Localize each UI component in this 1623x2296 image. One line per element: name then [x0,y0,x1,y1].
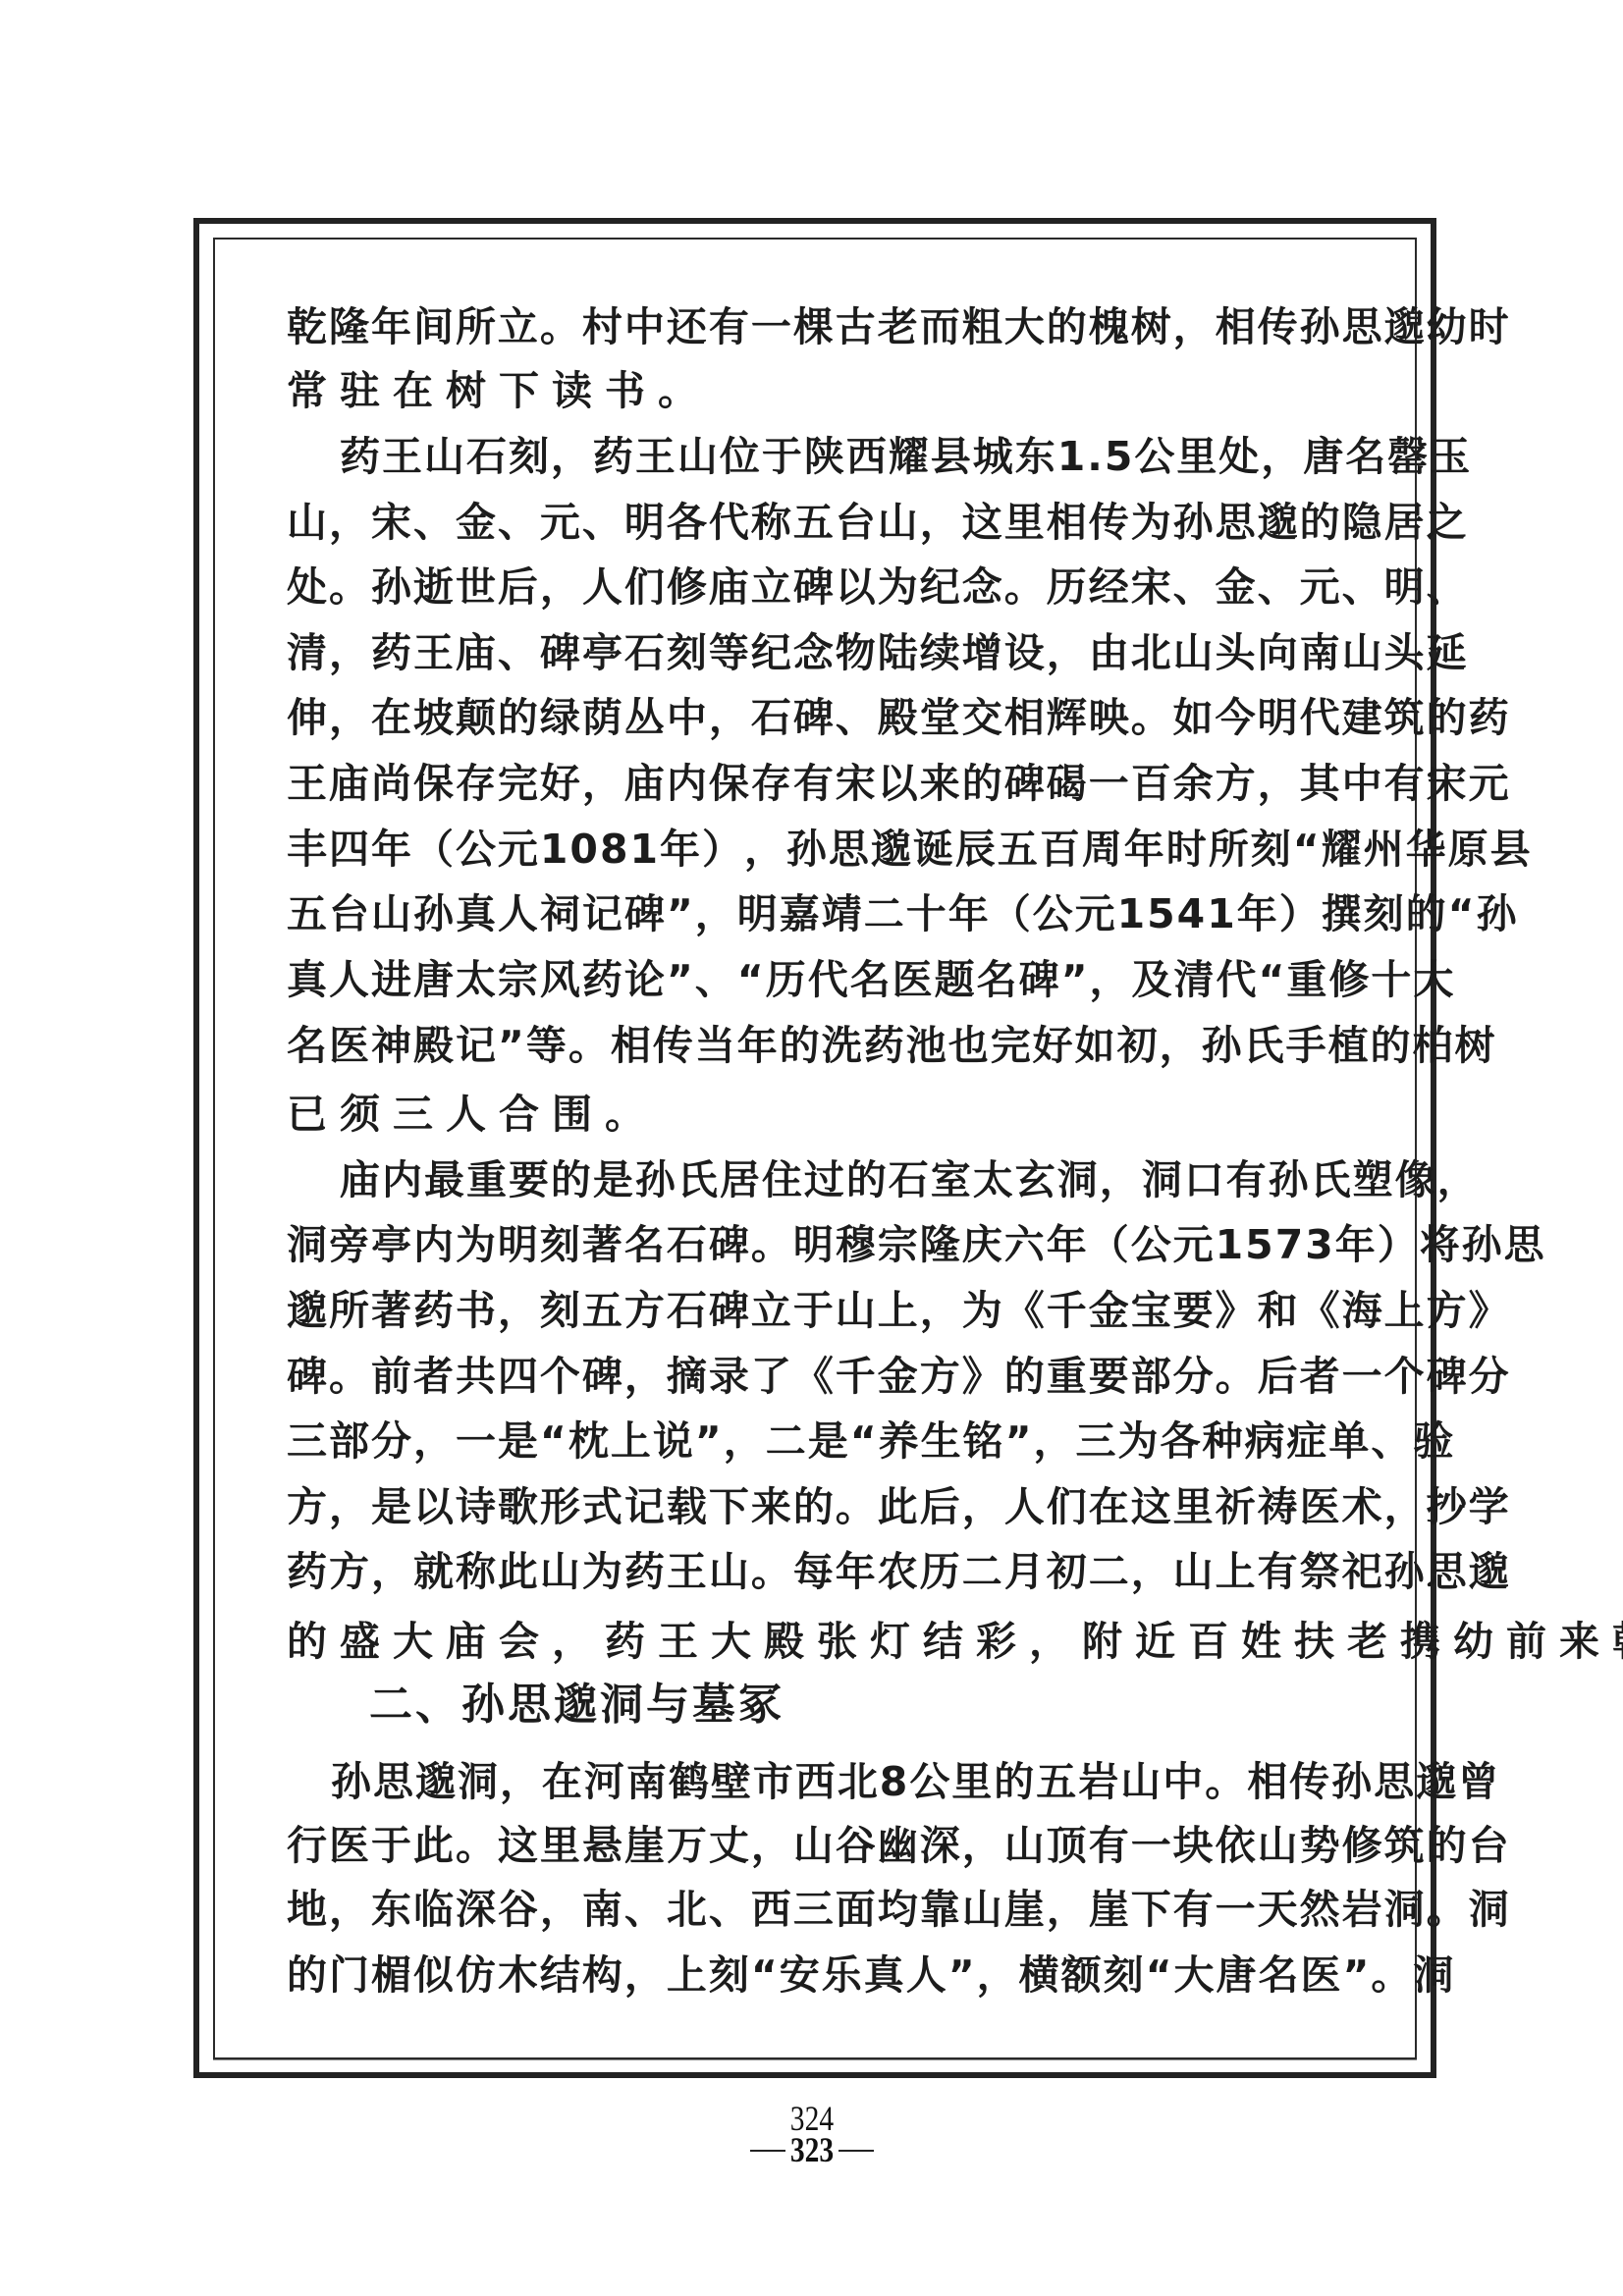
text-line: 已须三人合围。 [287,1090,1343,1139]
footer-dash-left [750,2150,785,2152]
text-line: 山 ， 宋 、 金 、 元 、 明 各 代 称 五 台 山 ， 这 里 相 传 … [287,498,1343,547]
text-line: 丰 四 年 （ 公 元 1 0 8 1 年 ） ， 孙 思 邈 诞 辰 五 百 … [287,825,1343,874]
section-heading: 二、孙思邈洞与墓冢 [369,1679,784,1732]
text-line: 王 庙 尚 保 存 完 好 ， 庙 内 保 存 有 宋 以 来 的 碑 碣 一 … [287,759,1343,808]
text-line: 五 台 山 孙 真 人 祠 记 碑 ” ， 明 嘉 靖 二 十 年 （ 公 元 … [287,889,1343,938]
text-line: 药 方 ， 就 称 此 山 为 药 王 山 。 每 年 农 历 二 月 初 二 … [287,1547,1343,1596]
page-number: 323 [789,2132,833,2167]
footer-dash-right [839,2150,874,2152]
text-line: 的盛大庙会，药王大殿张灯结彩，附近百姓扶老携幼前来朝拜。 [287,1617,1343,1666]
text-line: 碑 。 前 者 共 四 个 碑 ， 摘 录 了 《 千 金 方 》 的 重 要 … [287,1352,1343,1401]
text-line: 三 部 分 ， 一 是 “ 枕 上 说 ” ， 二 是 “ 养 生 铭 ” ， … [287,1416,1343,1466]
text-line: 名 医 神 殿 记 ” 等 。 相 传 当 年 的 洗 药 池 也 完 好 如 … [287,1021,1343,1070]
page-number-footer: 323 [0,2132,1623,2167]
text-line: 行 医 于 此 。 这 里 悬 崖 万 丈 ， 山 谷 幽 深 ， 山 顶 有 … [287,1821,1343,1870]
text-line: 地 ， 东 临 深 谷 ， 南 、 北 、 西 三 面 均 靠 山 崖 ， 崖 … [287,1885,1343,1934]
text-line: 清 ， 药 王 庙 、 碑 亭 石 刻 等 纪 念 物 陆 续 增 设 ， 由 … [287,628,1343,677]
text-line: 真 人 进 唐 太 宗 风 药 论 ” 、 “ 历 代 名 医 题 名 碑 ” … [287,955,1343,1004]
text-line: 的 门 楣 似 仿 木 结 构 ， 上 刻 “ 安 乐 真 人 ” ， 横 额 … [287,1950,1343,2000]
text-line: 洞 旁 亭 内 为 明 刻 著 名 石 碑 。 明 穆 宗 隆 庆 六 年 （ … [287,1220,1343,1269]
text-line: 乾 隆 年 间 所 立 。 村 中 还 有 一 棵 古 老 而 粗 大 的 槐 … [287,302,1343,351]
paragraph-start-line: 庙 内 最 重 要 的 是 孙 氏 居 住 过 的 石 室 太 玄 洞 ， 洞 … [340,1155,1343,1204]
text-line: 常驻在树下读书。 [287,366,1343,415]
text-line: 邈 所 著 药 书 ， 刻 五 方 石 碑 立 于 山 上 ， 为 《 千 金 … [287,1286,1343,1335]
paragraph-start-line: 孙 思 邈 洞 ， 在 河 南 鹤 壁 市 西 北 8 公 里 的 五 岩 山 … [331,1757,1343,1806]
text-line: 方 ， 是 以 诗 歌 形 式 记 载 下 来 的 。 此 后 ， 人 们 在 … [287,1482,1343,1531]
text-line: 伸 ， 在 坡 颠 的 绿 荫 丛 中 ， 石 碑 、 殿 堂 交 相 辉 映 … [287,693,1343,742]
paragraph-start-line: 药 王 山 石 刻 ， 药 王 山 位 于 陕 西 耀 县 城 东 1 . 5 … [340,432,1343,481]
text-line: 处 。 孙 逝 世 后 ， 人 们 修 庙 立 碑 以 为 纪 念 。 历 经 … [287,562,1343,612]
